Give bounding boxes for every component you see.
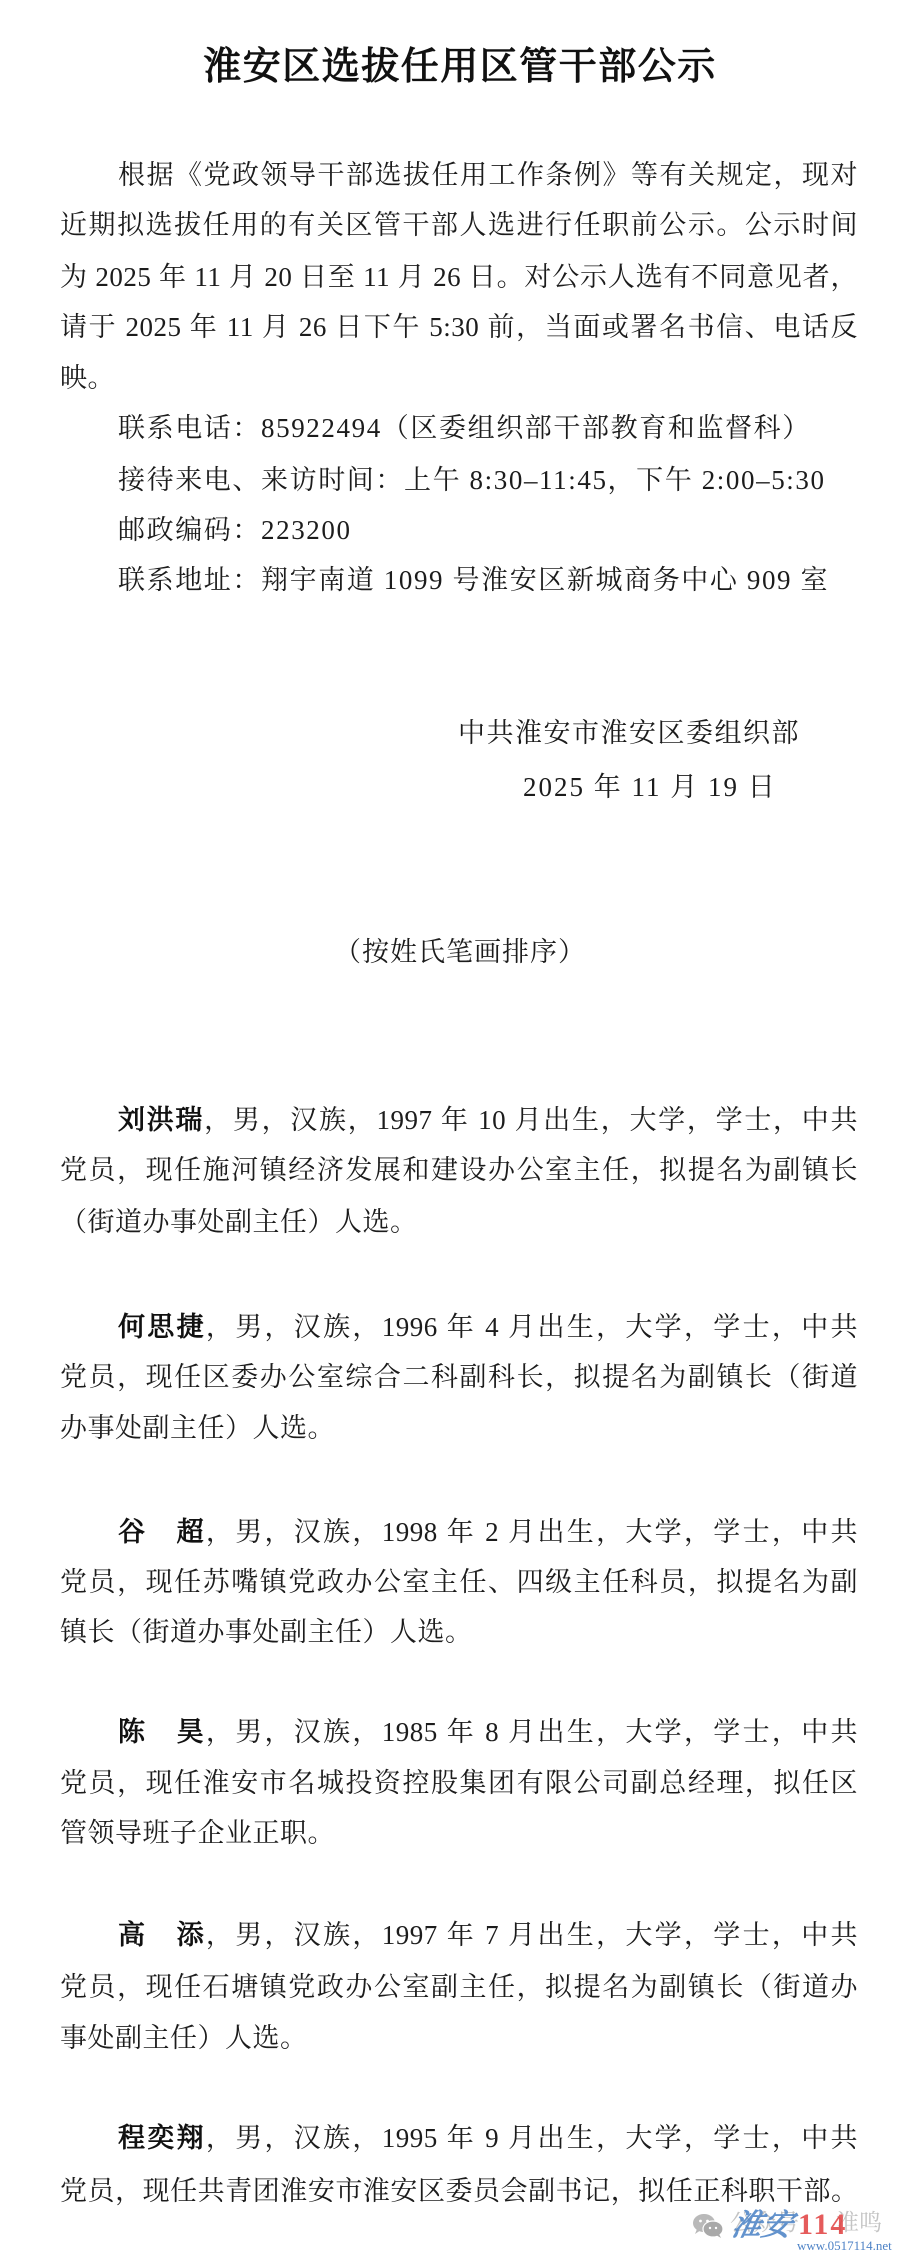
candidate-line: 镇长（街道办事处副主任）人选。 xyxy=(60,1607,858,1657)
candidate-text: ，男，汉族，1996 年 4 月出生，大学，学士，中共 xyxy=(206,1312,858,1342)
candidate-text: ，男，汉族，1995 年 9 月出生，大学，学士，中共 xyxy=(206,2123,858,2153)
contact-phone: 联系电话：85922494（区委组织部干部教育和监督科） xyxy=(118,403,811,453)
page-title: 淮安区选拔任用区管干部公示 xyxy=(10,42,910,92)
candidate-name: 何思捷 xyxy=(118,1312,206,1343)
watermark-url: www.0517114.net xyxy=(797,2238,892,2253)
candidate-name: 谷 超 xyxy=(118,1517,206,1548)
signature-date: 2025 年 11 月 19 日 xyxy=(523,762,777,812)
signature-organization: 中共淮安市淮安区委组织部 xyxy=(458,708,800,758)
candidate-text: ，男，汉族，1997 年 10 月出生，大学，学士，中共 xyxy=(204,1105,858,1135)
intro-line: 请于 2025 年 11 月 26 日下午 5:30 前，当面或署名书信、电话反 xyxy=(60,302,858,352)
candidate-name: 陈 昊 xyxy=(118,1717,206,1748)
candidate-text: ，男，汉族，1997 年 7 月出生，大学，学士，中共 xyxy=(206,1920,858,1950)
candidate-text: ，男，汉族，1985 年 8 月出生，大学，学士，中共 xyxy=(206,1717,858,1747)
candidate-text: ，男，汉族，1998 年 2 月出生，大学，学士，中共 xyxy=(206,1517,858,1547)
candidate-line: 党员，现任石塘镇党政办公室副主任，拟提名为副镇长（街道办 xyxy=(60,1962,858,2012)
contact-value: 翔宇南道 1099 号淮安区新城商务中心 909 室 xyxy=(261,565,829,595)
candidate-line: 程奕翔，男，汉族，1995 年 9 月出生，大学，学士，中共 xyxy=(60,2113,858,2163)
candidate-line: 党员，现任共青团淮安市淮安区委员会副书记，拟任正科职干部。 xyxy=(60,2166,858,2216)
contact-postcode: 邮政编码：223200 xyxy=(118,505,352,555)
intro-line: 近期拟选拔任用的有关区管干部人选进行任职前公示。公示时间 xyxy=(60,200,858,250)
candidate-name: 程奕翔 xyxy=(118,2123,206,2154)
candidate-line: 谷 超，男，汉族，1998 年 2 月出生，大学，学士，中共 xyxy=(60,1507,858,1557)
contact-label: 邮政编码： xyxy=(118,515,261,545)
candidate-line: 管领导班子企业正职。 xyxy=(60,1808,858,1858)
candidate-line: 党员，现任淮安市名城投资控股集团有限公司副总经理，拟任区 xyxy=(60,1758,858,1808)
contact-value: 85922494（区委组织部干部教育和监督科） xyxy=(261,413,811,443)
sort-note: （按姓氏笔画排序） xyxy=(10,927,910,977)
candidate-line: 何思捷，男，汉族，1996 年 4 月出生，大学，学士，中共 xyxy=(60,1302,858,1352)
candidate-line: （街道办事处副主任）人选。 xyxy=(60,1197,858,1247)
candidate-line: 高 添，男，汉族，1997 年 7 月出生，大学，学士，中共 xyxy=(60,1910,858,1960)
contact-hours: 接待来电、来访时间：上午 8:30–11:45，下午 2:00–5:30 xyxy=(118,455,826,505)
contact-value: 223200 xyxy=(261,515,352,545)
candidate-name: 刘洪瑞 xyxy=(118,1105,204,1136)
wechat-icon xyxy=(692,2213,724,2239)
candidate-name: 高 添 xyxy=(118,1920,206,1951)
intro-line: 根据《党政领导干部选拔任用工作条例》等有关规定，现对 xyxy=(60,150,858,200)
intro-line: 映。 xyxy=(60,353,858,403)
intro-line: 为 2025 年 11 月 20 日至 11 月 26 日。对公示人选有不同意见… xyxy=(60,252,858,302)
notice-page: 淮安区选拔任用区管干部公示 根据《党政领导干部选拔任用工作条例》等有关规定，现对… xyxy=(0,0,910,2261)
candidate-line: 办事处副主任）人选。 xyxy=(60,1403,858,1453)
contact-value: 上午 8:30–11:45，下午 2:00–5:30 xyxy=(404,465,826,495)
candidate-line: 刘洪瑞，男，汉族，1997 年 10 月出生，大学，学士，中共 xyxy=(60,1095,858,1145)
candidate-line: 党员，现任施河镇经济发展和建设办公室主任，拟提名为副镇长 xyxy=(60,1145,858,1195)
candidate-line: 陈 昊，男，汉族，1985 年 8 月出生，大学，学士，中共 xyxy=(60,1707,858,1757)
contact-label: 联系地址： xyxy=(118,565,261,595)
candidate-line: 党员，现任区委办公室综合二科副科长，拟提名为副镇长（街道 xyxy=(60,1352,858,1402)
contact-address: 联系地址：翔宇南道 1099 号淮安区新城商务中心 909 室 xyxy=(118,555,829,605)
candidate-line: 事处副主任）人选。 xyxy=(60,2013,858,2063)
contact-label: 联系电话： xyxy=(118,413,261,443)
contact-label: 接待来电、来访时间： xyxy=(118,465,404,495)
candidate-line: 党员，现任苏嘴镇党政办公室主任、四级主任科员，拟提名为副 xyxy=(60,1557,858,1607)
